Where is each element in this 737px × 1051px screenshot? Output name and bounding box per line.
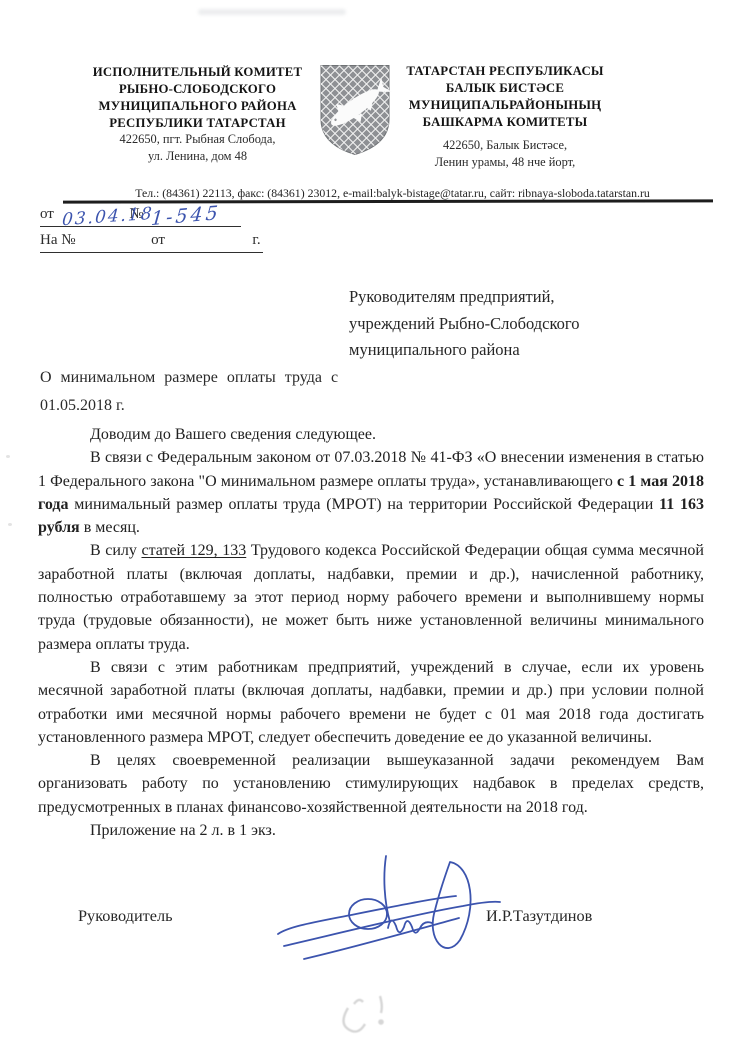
- org-address-line: 422650, Балык Бистәсе,: [396, 137, 614, 154]
- body-paragraph: В силу статей 129, 133 Трудового кодекса…: [38, 539, 704, 655]
- addressee-line: учреждений Рыбно-Слободского: [349, 311, 679, 338]
- header-divider-rule: [63, 199, 713, 203]
- signatory-position: Руководитель: [78, 906, 173, 926]
- attachment-note: Приложение на 2 л. в 1 экз.: [38, 819, 704, 842]
- org-address-tatar: 422650, Балык Бистәсе, Ленин урамы, 48 н…: [396, 137, 614, 170]
- handwritten-number: 1-545: [151, 202, 222, 230]
- org-name-line: ИСПОЛНИТЕЛЬНЫЙ КОМИТЕТ: [70, 64, 325, 81]
- signatory-name: И.Р.Тазутдинов: [486, 906, 592, 926]
- org-address-line: Ленин урамы, 48 нче йорт,: [396, 154, 614, 171]
- reply-no-label: На №: [40, 232, 76, 248]
- org-name-line: РЫБНО-СЛОБОДСКОГО: [70, 81, 325, 98]
- scan-speck: [6, 455, 10, 458]
- org-name-line: БАЛЫК БИСТӘСЕ: [396, 80, 614, 97]
- reply-date-blank: [169, 233, 249, 249]
- body-paragraph: В связи с Федеральным законом от 07.03.2…: [38, 446, 704, 539]
- org-name-tatar: ТАТАРСТАН РЕСПУБЛИКАСЫ БАЛЫК БИСТӘСЕ МУН…: [396, 63, 614, 131]
- scan-speck: [8, 523, 12, 526]
- outgoing-ref-line: от 03.04.18 № 1-545: [40, 206, 241, 227]
- addressee-line: муниципального района: [349, 337, 679, 364]
- org-name-russian: ИСПОЛНИТЕЛЬНЫЙ КОМИТЕТ РЫБНО-СЛОБОДСКОГО…: [70, 64, 325, 132]
- handwritten-signature: [256, 846, 506, 966]
- subject-line: 01.05.2018 г.: [40, 392, 392, 420]
- number-blank: 1-545: [147, 207, 239, 223]
- scanned-letter-page: ИСПОЛНИТЕЛЬНЫЙ КОМИТЕТ РЫБНО-СЛОБОДСКОГО…: [0, 0, 737, 1051]
- scan-pencil-marks: [330, 988, 410, 1043]
- org-name-line: МУНИЦИПАЛЬНОГО РАЙОНА: [70, 98, 325, 115]
- handwritten-date: 03.04.18: [61, 204, 154, 231]
- body-paragraph: В целях своевременной реализации вышеука…: [38, 749, 704, 819]
- org-address-line: ул. Ленина, дом 48: [70, 148, 325, 165]
- org-name-line: БАШКАРМА КОМИТЕТЫ: [396, 114, 614, 131]
- date-blank: 03.04.18: [58, 207, 126, 223]
- body-paragraph: В связи с этим работникам предприятий, у…: [38, 656, 704, 749]
- from-label: от: [40, 206, 54, 222]
- letter-body: Доводим до Вашего сведения следующее. В …: [38, 423, 704, 842]
- addressee-line: Руководителям предприятий,: [349, 284, 679, 311]
- org-address-russian: 422650, пгт. Рыбная Слобода, ул. Ленина,…: [70, 131, 325, 164]
- underlined-text: статей 129, 133: [141, 542, 246, 559]
- incoming-ref-line: На № от г.: [40, 232, 263, 253]
- body-paragraph: Доводим до Вашего сведения следующее.: [38, 423, 704, 446]
- org-name-line: МУНИЦИПАЛЬРАЙОНЫНЫҢ: [396, 97, 614, 114]
- subject-line: О минимальном размере оплаты труда с: [40, 364, 392, 392]
- org-address-line: 422650, пгт. Рыбная Слобода,: [70, 131, 325, 148]
- reply-number-blank: [79, 233, 147, 249]
- reply-from-label: от: [151, 232, 165, 248]
- org-name-line: РЕСПУБЛИКИ ТАТАРСТАН: [70, 115, 325, 132]
- coat-of-arms-emblem: [317, 61, 393, 160]
- reply-year-label: г.: [252, 232, 260, 248]
- org-name-line: ТАТАРСТАН РЕСПУБЛИКАСЫ: [396, 63, 614, 80]
- scan-smudge: [198, 9, 346, 15]
- addressee-block: Руководителям предприятий, учреждений Ры…: [349, 284, 679, 364]
- subject-block: О минимальном размере оплаты труда с 01.…: [40, 364, 392, 420]
